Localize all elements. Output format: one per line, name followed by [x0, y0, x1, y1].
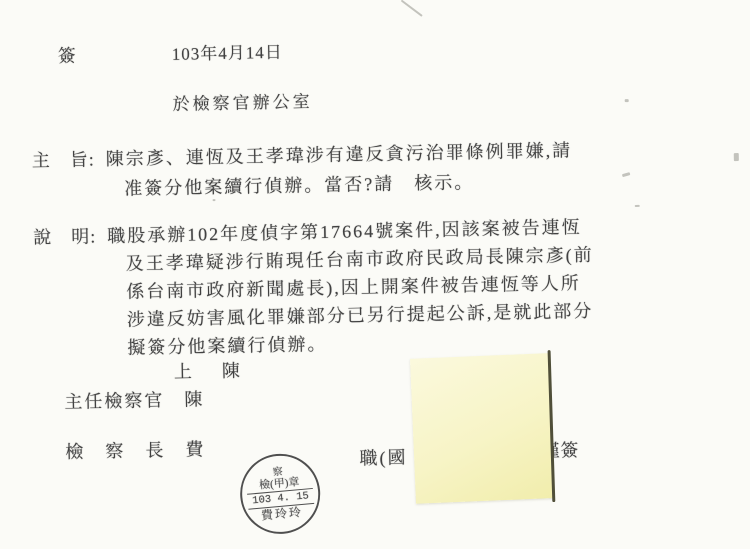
scanned-document-page: 簽 103年4月14日 於檢察官辦公室 主 旨: 陳宗彥、連恆及王孝瑋涉有違反貪… — [0, 0, 750, 549]
explanation-label: 說 明: — [33, 222, 97, 249]
scan-artifact — [213, 199, 216, 201]
doc-type-label: 簽 — [57, 42, 77, 68]
scan-artifact — [635, 205, 640, 207]
subject-line-1: 陳宗彥、連恆及王孝瑋涉有違反貪污治罪條例罪嫌,請 — [105, 136, 572, 171]
date-stamp: 察 檢(甲)章 103 4. 15 費玲玲 — [237, 450, 324, 537]
sticky-note — [410, 353, 554, 504]
scan-artifact — [401, 0, 423, 16]
submission-line: 上 陳 — [174, 357, 246, 384]
scan-artifact — [734, 153, 739, 161]
subject-line-2: 准簽分他案續行偵辦。當否?請 核示。 — [124, 168, 474, 201]
head-prosecutor-signature-line: 檢 察 長 費 — [65, 435, 205, 464]
doc-date: 103年4月14日 — [171, 38, 282, 65]
stamp-name-text: 費玲玲 — [260, 504, 303, 523]
doc-office-line: 於檢察官辦公室 — [172, 87, 312, 115]
subject-label: 主 旨: — [31, 145, 95, 172]
clerk-line-left: 職(國 — [359, 443, 407, 470]
scan-artifact — [625, 99, 629, 102]
scan-artifact — [622, 172, 631, 177]
chief-prosecutor-signature-line: 主任檢察官 陳 — [64, 385, 204, 414]
document-content: 簽 103年4月14日 於檢察官辦公室 主 旨: 陳宗彥、連恆及王孝瑋涉有違反貪… — [0, 0, 750, 549]
sticky-note-edge-line — [547, 350, 554, 502]
explanation-line-5: 擬簽分他案續行偵辦。 — [127, 330, 327, 360]
